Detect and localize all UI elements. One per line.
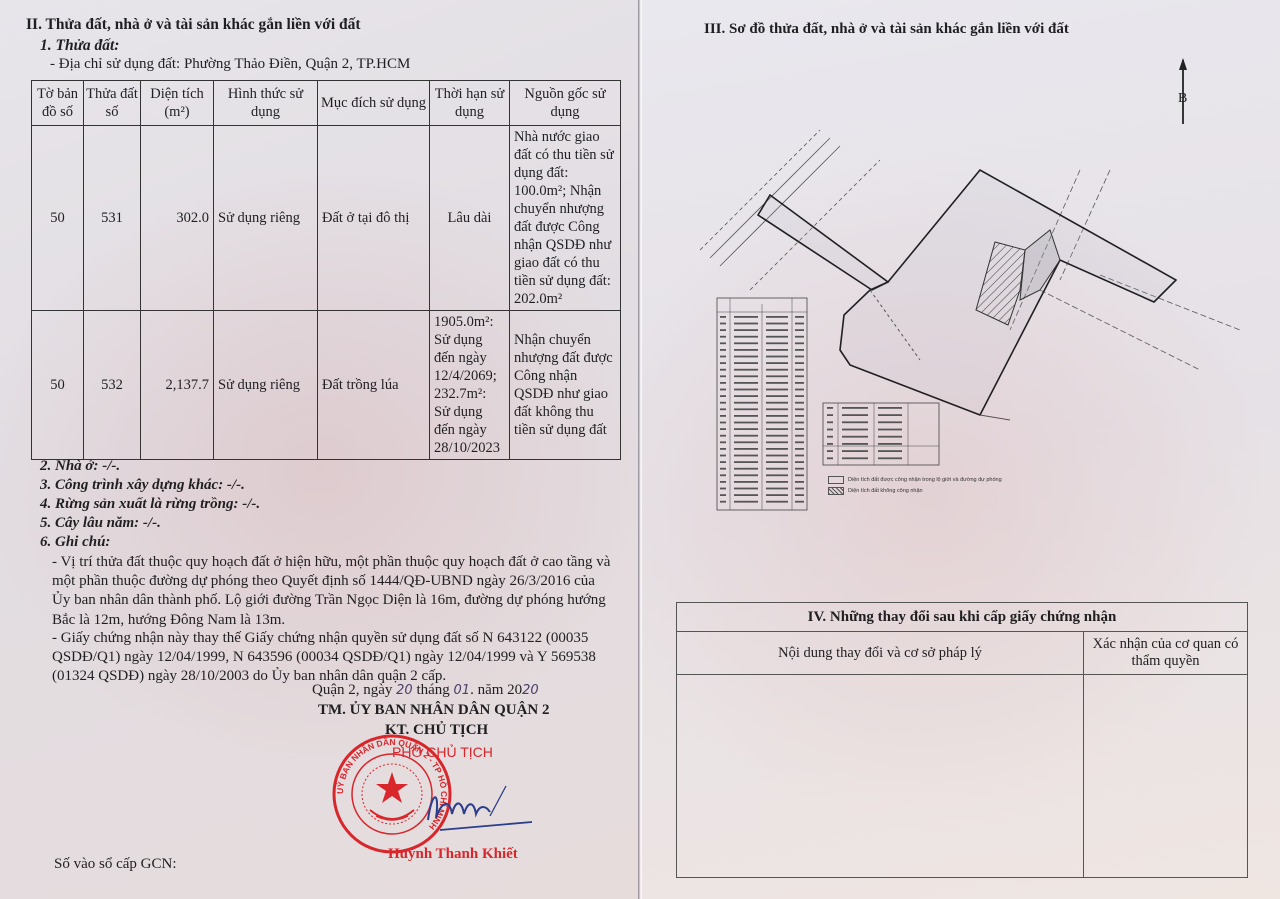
item-house: 2. Nhà ở: -/-.	[40, 458, 120, 475]
cell-origin: Nhà nước giao đất có thu tiền sử dụng đấ…	[510, 126, 621, 311]
item-perennial-trees: 5. Cây lâu năm: -/-.	[40, 515, 161, 532]
cell-purpose: Đất ở tại đô thị	[318, 126, 430, 311]
header-origin: Nguồn gốc sử dụng	[510, 81, 621, 126]
section-ii-title: II. Thửa đất, nhà ở và tài sản khác gắn …	[26, 16, 361, 34]
cell-purpose: Đất trồng lúa	[318, 311, 430, 460]
note-planning: - Vị trí thửa đất thuộc quy hoạch đất ở …	[52, 553, 612, 630]
cell-term: Lâu dài	[430, 126, 510, 311]
cell-origin: Nhận chuyển nhượng đất được Công nhận QS…	[510, 311, 621, 460]
cell-area: 302.0	[141, 126, 214, 311]
section-iii-title: III. Sơ đồ thửa đất, nhà ở và tài sản kh…	[704, 21, 1069, 38]
hatched-swatch-icon	[828, 487, 844, 495]
signer-name: Huỳnh Thanh Khiết	[388, 846, 518, 863]
plain-swatch-icon	[828, 476, 844, 484]
header-map-sheet: Tờ bản đồ số	[32, 81, 84, 126]
registry-number-label: Số vào sổ cấp GCN:	[54, 856, 177, 873]
authority-confirmation-cell	[1084, 675, 1248, 878]
item-other-construction: 3. Công trình xây dựng khác: -/-.	[40, 477, 245, 494]
table-header-row: Tờ bản đồ số Thửa đất số Diện tích (m²) …	[32, 81, 621, 126]
cell-parcel-no: 532	[84, 311, 141, 460]
cell-term: 1905.0m²: Sử dụng đến ngày 12/4/2069; 23…	[430, 311, 510, 460]
svg-text:B: B	[1178, 91, 1187, 106]
land-parcel-table: Tờ bản đồ số Thửa đất số Diện tích (m²) …	[31, 80, 621, 460]
header-authority-confirmation: Xác nhận của cơ quan có thẩm quyền	[1084, 632, 1248, 675]
stamp-title: PHÓ CHỦ TỊCH	[392, 744, 493, 760]
cell-map-sheet: 50	[32, 311, 84, 460]
change-content-cell	[677, 675, 1084, 878]
item-planted-forest: 4. Rừng sản xuất là rừng trồng: -/-.	[40, 496, 260, 513]
land-parcel-subtitle: 1. Thửa đất:	[40, 37, 119, 55]
day-handwritten: 20	[396, 683, 413, 698]
changes-table: IV. Những thay đổi sau khi cấp giấy chứn…	[676, 602, 1248, 878]
coordinate-table	[716, 290, 808, 512]
legend-item: Diện tích đất không công nhận	[828, 487, 1002, 495]
legend-item: Diện tích đất được công nhận trong lộ gi…	[828, 476, 1002, 484]
cell-map-sheet: 50	[32, 126, 84, 311]
coordinate-table-continued	[822, 402, 940, 466]
header-parcel-no: Thửa đất số	[84, 81, 141, 126]
item-notes-heading: 6. Ghi chú:	[40, 534, 110, 551]
changes-table-title: IV. Những thay đổi sau khi cấp giấy chứn…	[677, 603, 1248, 632]
signing-date: Quận 2, ngày 20 tháng 01. năm 2020	[312, 682, 539, 699]
north-arrow-icon: B	[1170, 56, 1200, 126]
cell-area: 2,137.7	[141, 311, 214, 460]
issuing-organization: TM. ỦY BAN NHÂN DÂN QUẬN 2	[318, 702, 550, 719]
header-purpose: Mục đích sử dụng	[318, 81, 430, 126]
note-replacement: - Giấy chứng nhận này thay thế Giấy chứn…	[52, 629, 612, 687]
cell-usage-form: Sử dụng riêng	[214, 126, 318, 311]
header-usage-form: Hình thức sử dụng	[214, 81, 318, 126]
header-change-content: Nội dung thay đổi và cơ sở pháp lý	[677, 632, 1084, 675]
header-term: Thời hạn sử dụng	[430, 81, 510, 126]
land-address: - Địa chỉ sử dụng đất: Phường Thảo Điền,…	[50, 56, 410, 73]
table-row: 50 532 2,137.7 Sử dụng riêng Đất trồng l…	[32, 311, 621, 460]
cell-usage-form: Sử dụng riêng	[214, 311, 318, 460]
header-area: Diện tích (m²)	[141, 81, 214, 126]
year-handwritten: 20	[522, 683, 539, 698]
diagram-legend: Diện tích đất được công nhận trong lộ gi…	[828, 476, 1002, 498]
month-handwritten: 01	[454, 683, 471, 698]
table-row: 50 531 302.0 Sử dụng riêng Đất ở tại đô …	[32, 126, 621, 311]
signature-icon	[420, 780, 540, 840]
certificate-left-page: II. Thửa đất, nhà ở và tài sản khác gắn …	[0, 0, 640, 899]
cell-parcel-no: 531	[84, 126, 141, 311]
